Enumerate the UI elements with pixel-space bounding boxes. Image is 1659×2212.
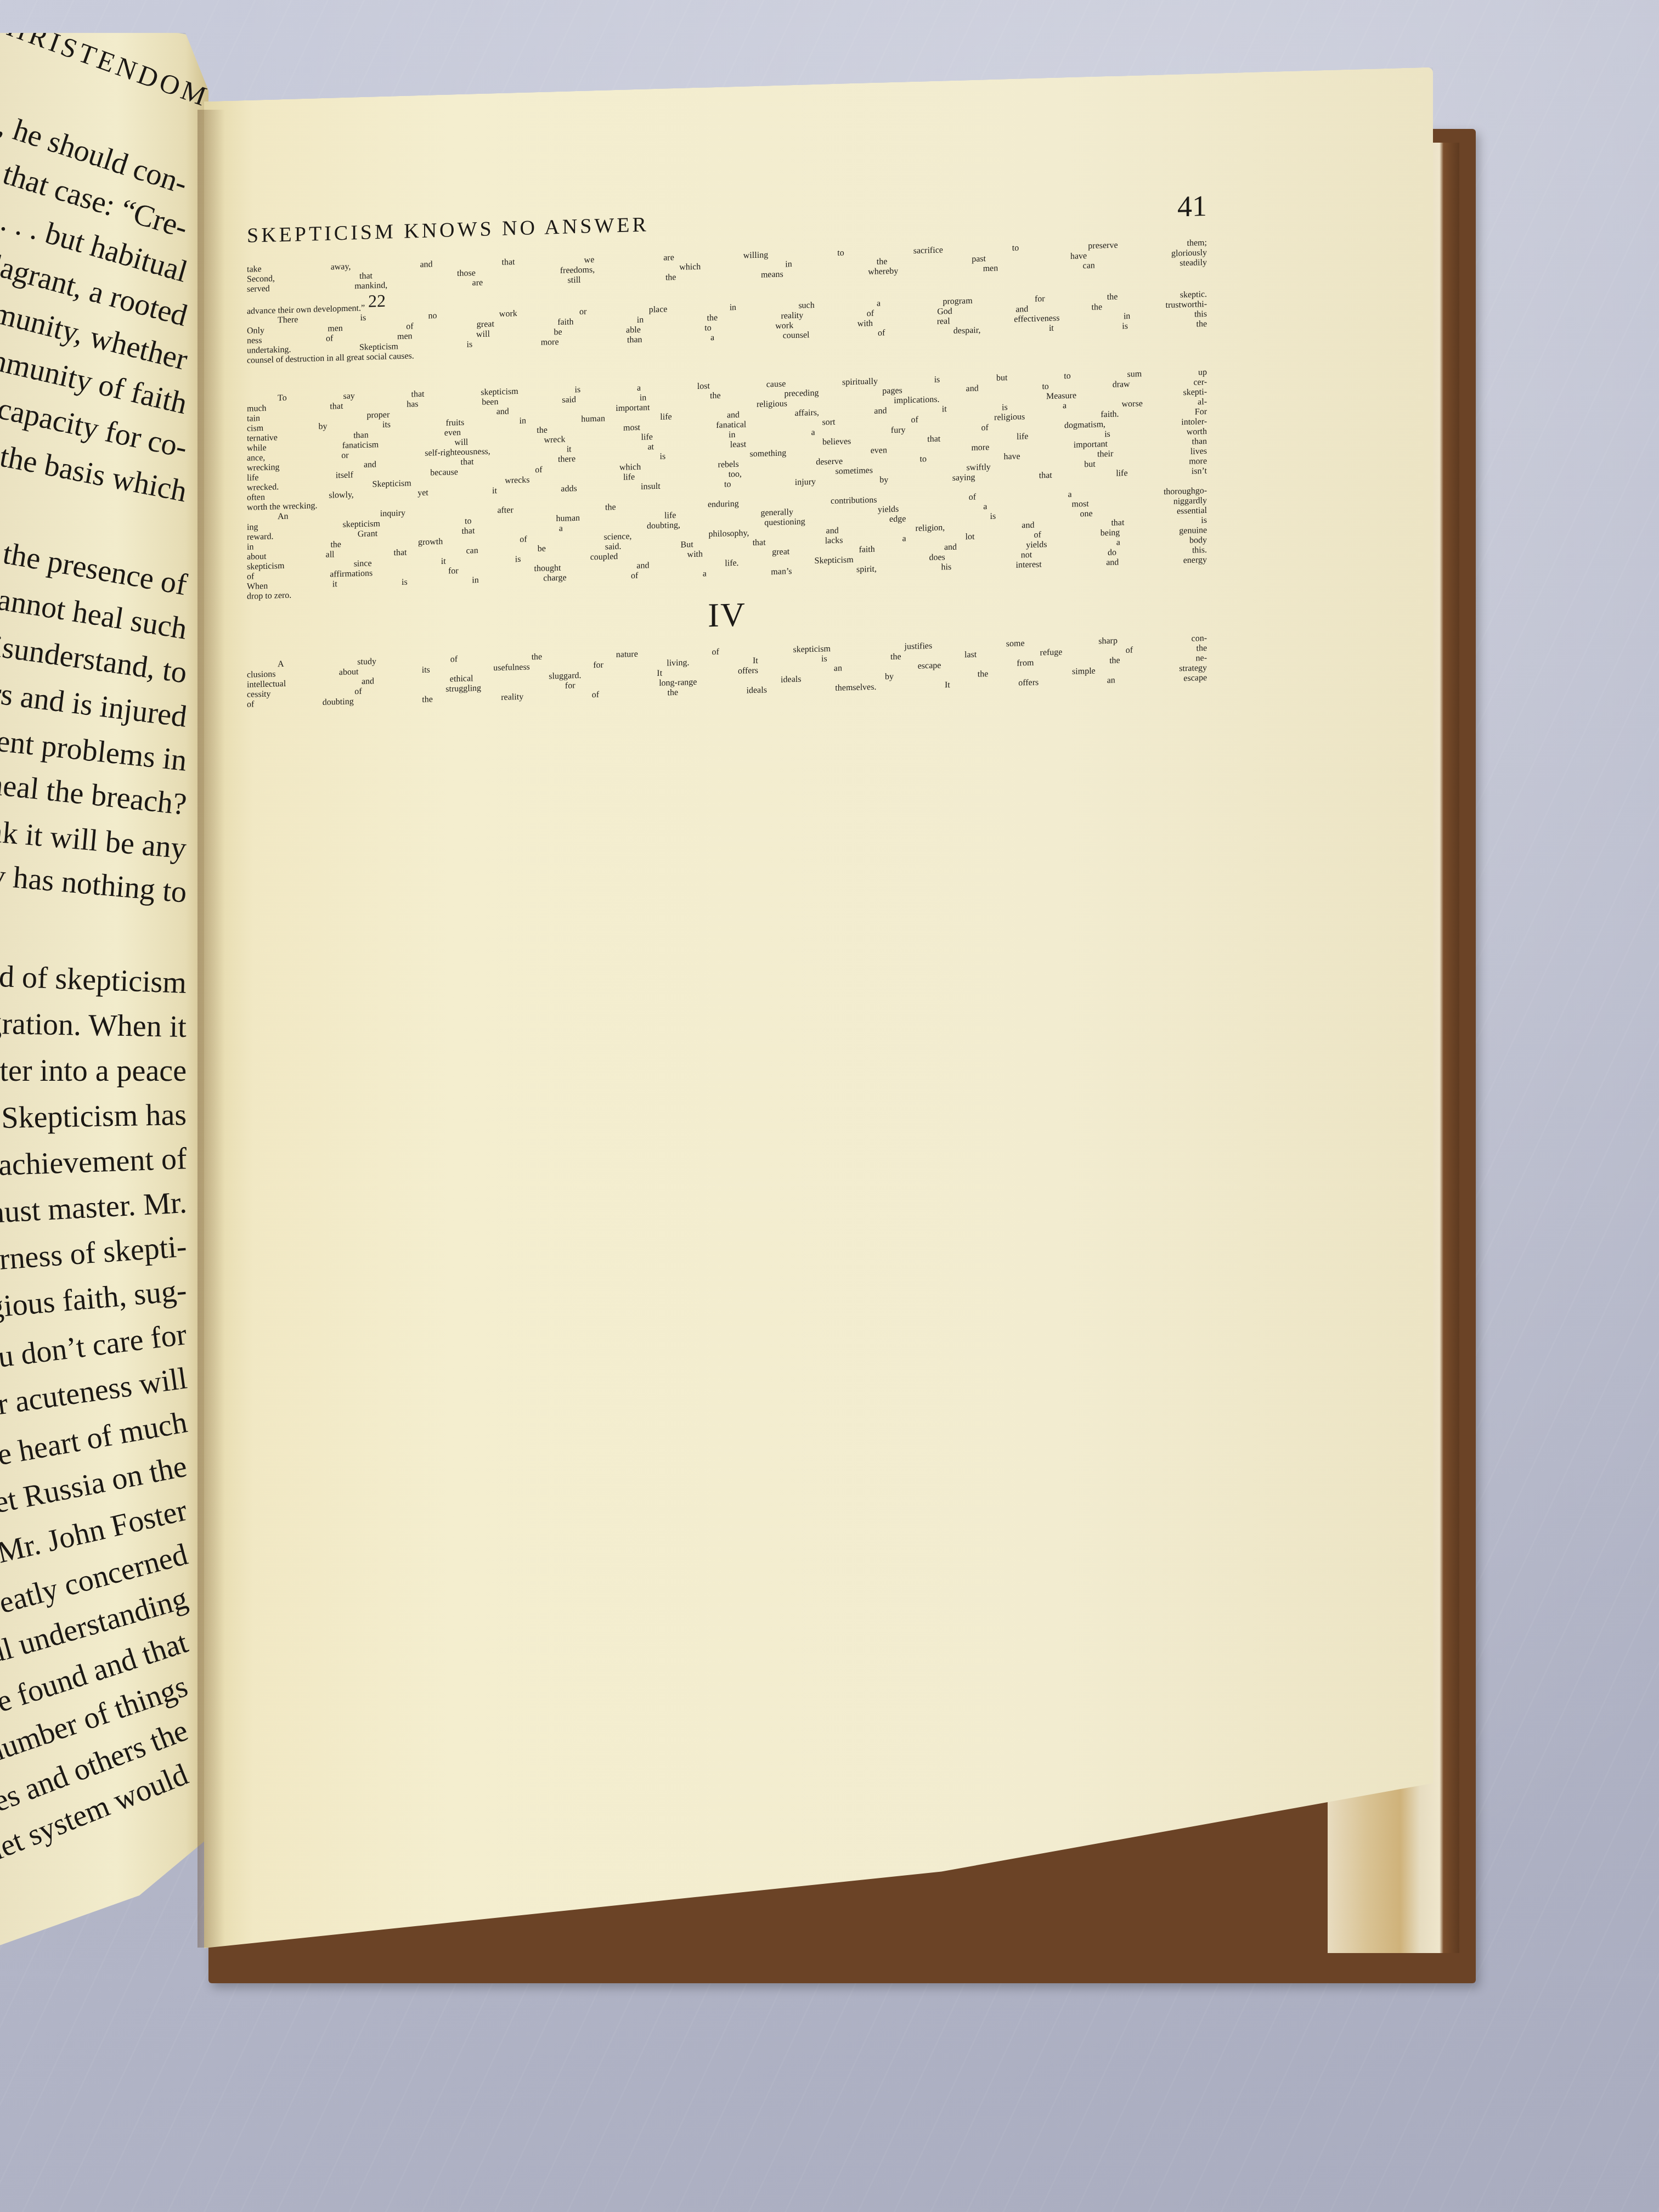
left-line: enter into a peace xyxy=(0,1053,187,1088)
running-head-title: SKEPTICISM KNOWS NO ANSWER xyxy=(247,212,649,247)
gutter-shadow xyxy=(198,110,225,1948)
page-number: 41 xyxy=(1177,189,1207,224)
left-running-head: G CHRISTENDOM xyxy=(0,33,208,113)
running-head: SKEPTICISM KNOWS NO ANSWER 41 xyxy=(247,189,1207,250)
left-line: hand of skepticism xyxy=(0,957,187,1001)
left-page: G CHRISTENDOM e, he should con- that cas… xyxy=(0,33,208,1953)
right-page: SKEPTICISM KNOWS NO ANSWER 41 take away,… xyxy=(204,67,1433,1967)
left-line: wn. Skepticism has xyxy=(0,1097,187,1137)
left-line: tegration. When it xyxy=(0,1006,187,1045)
left-line: ne achievement of xyxy=(0,1141,187,1184)
left-line: ink it will be any xyxy=(0,813,188,866)
paragraph-nature-of-skepticism: A study of the nature of skepticism just… xyxy=(247,634,1207,710)
page-content: SKEPTICISM KNOWS NO ANSWER 41 take away,… xyxy=(247,189,1207,710)
body-text: take away, and that we are willing to sa… xyxy=(247,238,1207,710)
left-line: ilderness of skepti- xyxy=(0,1229,188,1280)
left-line: n must master. Mr. xyxy=(0,1185,188,1232)
footnote-ref: 22 xyxy=(368,291,386,311)
